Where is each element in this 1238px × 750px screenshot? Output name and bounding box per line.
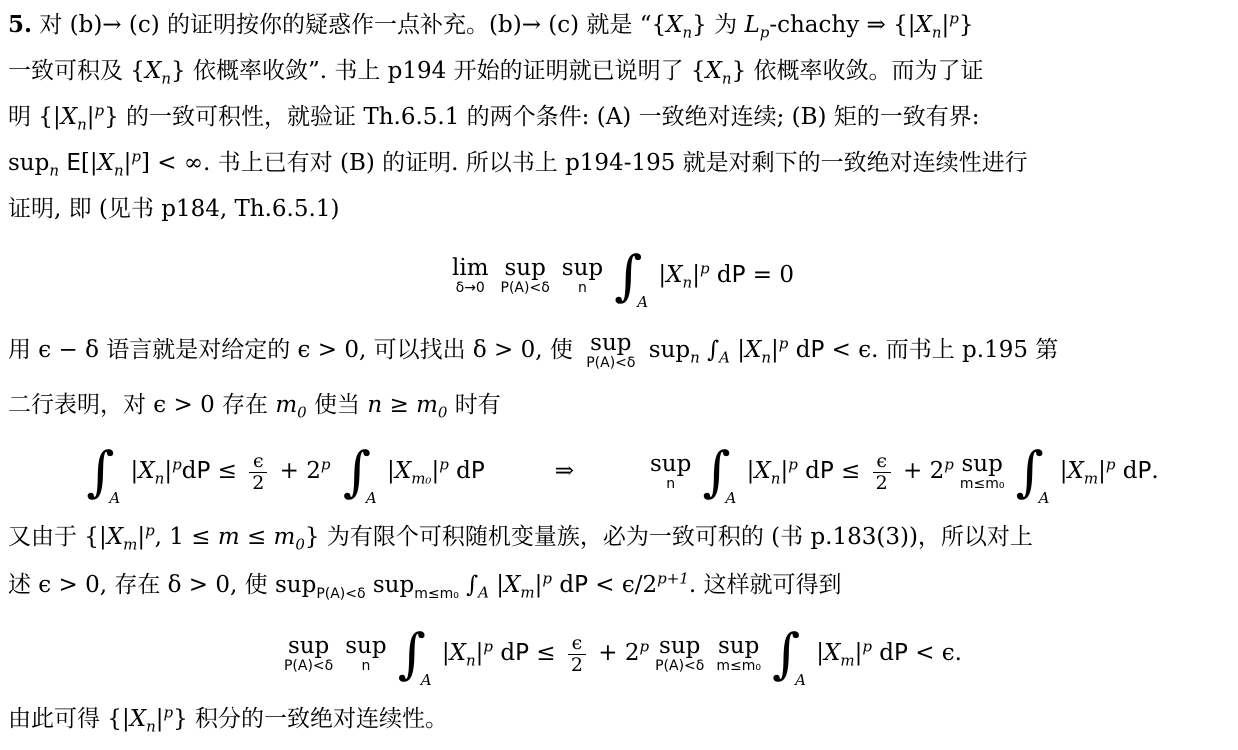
subscript: n (761, 349, 771, 367)
superscript: p (321, 455, 331, 473)
fraction: ϵ2 (873, 451, 891, 494)
text-run: | (692, 262, 700, 288)
text-run: } 为有限个可积随机变量族，必为一致可积的 (书 p.183(3))，所以对上 (305, 524, 1033, 550)
text-run: ∫ (700, 337, 719, 363)
text-run: | (651, 262, 666, 288)
text-run: | (809, 640, 824, 666)
superscript: p (862, 637, 872, 655)
para-line-3: 明 {|Xn|p} 的一致可积性，就验证 Th.6.5.1 的两个条件: (A)… (8, 94, 1232, 140)
operator-stack: supn (345, 634, 386, 674)
fraction: ϵ2 (568, 633, 586, 676)
math-variable: X (107, 524, 123, 550)
subscript: n (932, 24, 942, 42)
operator-stack: supP(A)<δ (284, 634, 333, 674)
integral-lower-limit: A (421, 673, 432, 687)
bold-run: 5. (8, 11, 32, 38)
subscript: m (840, 652, 854, 670)
sans-letter: P (471, 458, 485, 484)
subscript: m (1084, 470, 1098, 488)
subscript: m (520, 584, 534, 602)
operator-name: sup (962, 452, 1003, 477)
sans-letter: P (810, 337, 824, 363)
text-run: | (739, 458, 754, 484)
text-run: ] < ∞. 书上已有对 (B) 的证明. 所以书上 p194-195 就是对剩… (141, 150, 1028, 176)
operator-limit: n (361, 658, 370, 674)
text-run: | (156, 706, 164, 732)
text-run: 由此可得 {| (8, 706, 130, 732)
text-run: d (872, 640, 894, 666)
text-run: d (493, 640, 515, 666)
superscript: p (439, 455, 449, 473)
superscript: p (944, 455, 954, 473)
integral-lower-limit: A (725, 491, 736, 505)
big-integral: ∫A (1015, 443, 1049, 501)
text-run: 使当 (307, 392, 368, 418)
text-run: } 为 (692, 12, 744, 38)
small-subscript: m≤m₀ (414, 586, 459, 602)
superscript: p (164, 703, 174, 721)
text-run: < ϵ/2 (588, 572, 657, 598)
text-run: < ϵ. (908, 640, 962, 666)
operator-limit: m≤m₀ (960, 476, 1005, 492)
fraction: ϵ2 (249, 451, 267, 494)
operator-stack: supm≤m₀ (960, 452, 1005, 492)
text-run: ⇒ (555, 458, 574, 484)
subscript: n (114, 162, 124, 180)
text-run: 述 ϵ > 0, 存在 δ > 0, 使 sup (8, 572, 316, 598)
text-run: 用 ϵ − δ 语言就是对给定的 ϵ > 0, 可以找出 δ > 0, 使 (8, 337, 580, 363)
subscript: n (690, 349, 700, 367)
operator-stack: supn (650, 452, 691, 492)
subscript: m₀ (411, 470, 431, 488)
sans-letter: P (1138, 458, 1152, 484)
subscript: 0 (295, 536, 305, 554)
subscript: 0 (297, 404, 307, 422)
text-run: d (449, 458, 471, 484)
superscript: p (172, 455, 182, 473)
text-run: | (435, 640, 450, 666)
subscript: m (123, 536, 137, 554)
subscript: 0 (438, 404, 448, 422)
operator-stack: supP(A)<δ (501, 256, 550, 296)
operator-limit: δ→0 (456, 280, 485, 296)
text-run: ≥ (382, 392, 416, 418)
text-run: d (710, 262, 732, 288)
text-run: ≤ (834, 458, 868, 484)
integral-lower-limit: A (366, 491, 377, 505)
math-variable: L (744, 12, 759, 38)
math-variable: X (450, 640, 466, 666)
superscript: p+1 (657, 569, 689, 587)
text-run: | (164, 458, 172, 484)
text-run: ≤ (240, 524, 274, 550)
para-line-9: 述 ϵ > 0, 存在 δ > 0, 使 supP(A)<δ supm≤m₀ ∫… (8, 560, 1232, 610)
text-run: 又由于 {| (8, 524, 107, 550)
text-run: | (87, 104, 95, 130)
math-variable: X (915, 12, 931, 38)
operator-limit: P(A)<δ (586, 355, 635, 371)
operator-name: sup (650, 452, 691, 477)
text-run: sup (641, 337, 690, 363)
operator-limit: n (666, 476, 675, 492)
operator-stack: supm≤m₀ (716, 634, 761, 674)
subscript: A (719, 349, 730, 367)
superscript: p (542, 569, 552, 587)
display-equation-1: limδ→0supP(A)<δsupn∫A |Xn|p dP = 0 (8, 232, 1232, 318)
subscript: n (466, 652, 476, 670)
big-integral: ∫A (614, 247, 648, 305)
sans-letter: P (732, 262, 746, 288)
sans-letter: P (515, 640, 529, 666)
text-run: | (1052, 458, 1067, 484)
operator-limit: P(A)<δ (501, 280, 550, 296)
text-run: + 2 (896, 458, 945, 484)
operator-name: sup (590, 331, 631, 356)
page-root: { "page": { "background": "#ffffff", "te… (0, 0, 1238, 750)
big-integral: ∫A (702, 443, 736, 501)
text-run: 一致可积及 { (8, 58, 145, 84)
text-run: d (798, 458, 820, 484)
math-variable: X (706, 58, 722, 84)
text-run (330, 458, 337, 484)
math-variable: X (1068, 458, 1084, 484)
text-run: d (1116, 458, 1138, 484)
operator-stack: supP(A)<δ (586, 331, 635, 371)
text-run: 证明, 即 (见书 p184, Th.6.5.1) (8, 196, 339, 222)
math-variable: X (61, 104, 77, 130)
text-run: } 依概率收敛”. 书上 p194 开始的证明就已说明了 { (171, 58, 706, 84)
subscript: p (760, 24, 770, 42)
text-run: | (123, 458, 138, 484)
superscript: p (639, 637, 649, 655)
text-run: } (959, 12, 974, 38)
math-variable: n (367, 392, 382, 418)
fraction-denominator: 2 (568, 655, 586, 676)
para-line-10: 由此可得 {|Xn|p} 积分的一致绝对连续性。 (8, 696, 1232, 742)
subscript: n (161, 70, 171, 88)
subscript: A (478, 584, 489, 602)
math-variable: m (416, 392, 438, 418)
text-run: | (1098, 458, 1106, 484)
operator-stack: limδ→0 (452, 256, 489, 296)
subscript: n (771, 470, 781, 488)
superscript: p (95, 101, 105, 119)
text-run: , 1 ≤ (155, 524, 218, 550)
integral-lower-limit: A (1039, 491, 1050, 505)
operator-name: lim (452, 256, 489, 281)
math-variable: X (504, 572, 520, 598)
text-run: | (489, 572, 504, 598)
text-run: + 2 (591, 640, 640, 666)
big-integral: ∫A (398, 625, 432, 683)
big-integral: ∫A (343, 443, 377, 501)
math-variable: X (138, 458, 154, 484)
text-run: + 2 (272, 458, 321, 484)
math-variable: X (395, 458, 411, 484)
text-run: sup (8, 150, 49, 176)
operator-limit: P(A)<δ (655, 658, 704, 674)
subscript: n (683, 274, 693, 292)
subscript: n (49, 162, 59, 180)
subscript: n (146, 718, 156, 736)
superscript: p (145, 521, 155, 539)
operator-stack: supn (562, 256, 603, 296)
text-run: . 这样就可得到 (689, 572, 842, 598)
math-variable: m (274, 524, 296, 550)
math-variable: X (824, 640, 840, 666)
text-run: ∫ (459, 572, 478, 598)
math-variable: X (98, 150, 114, 176)
big-integral: ∫A (86, 443, 120, 501)
superscript: p (949, 9, 959, 27)
math-variable: m (218, 524, 240, 550)
superscript: p (1106, 455, 1116, 473)
text-run: 二行表明，对 ϵ > 0 存在 (8, 392, 275, 418)
para-line-1: 5. 对 (b)→ (c) 的证明按你的疑惑作一点补充。(b)→ (c) 就是 … (8, 2, 1232, 48)
subscript: n (155, 470, 165, 488)
operator-limit: P(A)<δ (284, 658, 333, 674)
sans-letter: P (574, 572, 588, 598)
math-variable: X (130, 706, 146, 732)
text-run: 时有 (447, 392, 500, 418)
fraction-numerator: ϵ (873, 451, 890, 472)
text-run: } 依概率收敛。而为了证 (732, 58, 984, 84)
math-variable: X (145, 58, 161, 84)
display-equation-2: ∫A |Xn|pdP ≤ ϵ2 + 2p ∫A |Xm₀|p dP⇒supn∫A… (8, 428, 1232, 514)
text-run: 明 {| (8, 104, 61, 130)
superscript: p (779, 334, 789, 352)
text-run: ≤ (529, 640, 563, 666)
big-integral: ∫A (772, 625, 806, 683)
fraction-numerator: ϵ (250, 451, 267, 472)
superscript: p (700, 259, 710, 277)
sans-letter: E (66, 150, 81, 176)
math-variable: m (275, 392, 297, 418)
math-variable: X (666, 12, 682, 38)
small-subscript: P(A)<δ (316, 586, 365, 602)
para-line-7: 二行表明，对 ϵ > 0 存在 m0 使当 n ≥ m0 时有 (8, 382, 1232, 428)
operator-name: sup (659, 634, 700, 659)
text-run: | (380, 458, 395, 484)
para-line-5: 证明, 即 (见书 p184, Th.6.5.1) (8, 186, 1232, 232)
text-run: } 的一致可积性，就验证 Th.6.5.1 的两个条件: (A) 一致绝对连续;… (104, 104, 979, 130)
subscript: n (683, 24, 693, 42)
text-run: -chachy ⇒ {| (769, 12, 915, 38)
para-line-2: 一致可积及 {Xn} 依概率收敛”. 书上 p194 开始的证明就已说明了 {X… (8, 48, 1232, 94)
integral-lower-limit: A (795, 673, 806, 687)
text-run: ≤ (210, 458, 244, 484)
text-run: d (788, 337, 810, 363)
sans-letter: P (820, 458, 834, 484)
integral-lower-limit: A (109, 491, 120, 505)
superscript: p (788, 455, 798, 473)
operator-stack: supP(A)<δ (655, 634, 704, 674)
superscript: p (131, 147, 141, 165)
text-run: | (771, 337, 779, 363)
operator-name: sup (288, 634, 329, 659)
text-run: d (552, 572, 574, 598)
sans-letter: P (894, 640, 908, 666)
display-equation-3: supP(A)<δsupn∫A |Xn|p dP ≤ ϵ2 + 2psupP(A… (8, 610, 1232, 696)
fraction-denominator: 2 (873, 473, 891, 494)
operator-name: sup (345, 634, 386, 659)
text-run: . (1151, 458, 1158, 484)
subscript: n (77, 116, 87, 134)
operator-limit: n (578, 280, 587, 296)
operator-limit: m≤m₀ (716, 658, 761, 674)
text-run: 对 (b)→ (c) 的证明按你的疑惑作一点补充。(b)→ (c) 就是 “{ (32, 12, 666, 38)
superscript: p (483, 637, 493, 655)
operator-name: sup (718, 634, 759, 659)
math-variable: X (754, 458, 770, 484)
operator-name: sup (504, 256, 545, 281)
text-run: [| (81, 150, 98, 176)
fraction-denominator: 2 (249, 473, 267, 494)
sans-letter: P (196, 458, 210, 484)
text-run: = 0 (745, 262, 794, 288)
text-run: d (182, 458, 197, 484)
integral-lower-limit: A (637, 295, 648, 309)
document-body: 5. 对 (b)→ (c) 的证明按你的疑惑作一点补充。(b)→ (c) 就是 … (0, 0, 1238, 742)
para-line-4: supn E[|Xn|p] < ∞. 书上已有对 (B) 的证明. 所以书上 p… (8, 140, 1232, 186)
text-run: < ϵ. 而书上 p.195 第 (824, 337, 1058, 363)
text-run: | (137, 524, 145, 550)
text-run: } 积分的一致绝对连续性。 (173, 706, 448, 732)
text-run: | (730, 337, 745, 363)
para-line-8: 又由于 {|Xm|p, 1 ≤ m ≤ m0} 为有限个可积随机变量族，必为一致… (8, 514, 1232, 560)
operator-name: sup (562, 256, 603, 281)
para-line-6: 用 ϵ − δ 语言就是对给定的 ϵ > 0, 可以找出 δ > 0, 使 su… (8, 318, 1232, 382)
text-run: sup (366, 572, 415, 598)
fraction-numerator: ϵ (569, 633, 586, 654)
subscript: n (722, 70, 732, 88)
math-variable: X (666, 262, 682, 288)
math-variable: X (745, 337, 761, 363)
